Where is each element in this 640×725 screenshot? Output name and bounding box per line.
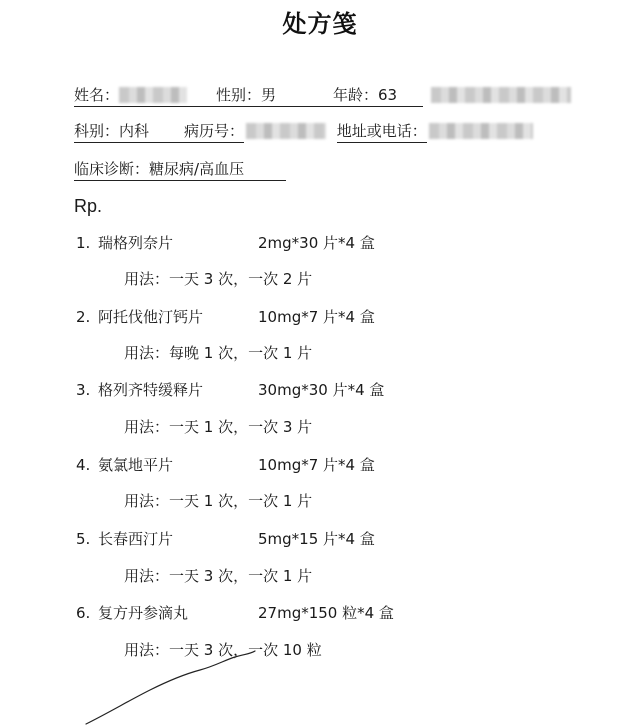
handwritten-stroke <box>0 0 640 725</box>
